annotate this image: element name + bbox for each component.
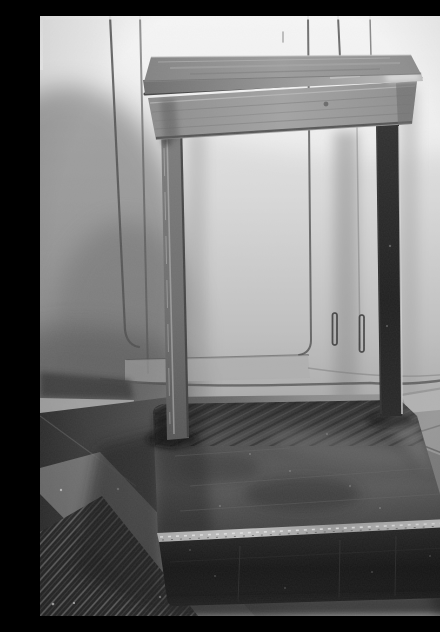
- photo-vignette: [40, 16, 440, 616]
- photo-canvas: wooden prie-dieu (prayer kneeler) with t…: [40, 16, 440, 616]
- bw-photo-prie-dieu: wooden prie-dieu (prayer kneeler) with t…: [40, 16, 440, 616]
